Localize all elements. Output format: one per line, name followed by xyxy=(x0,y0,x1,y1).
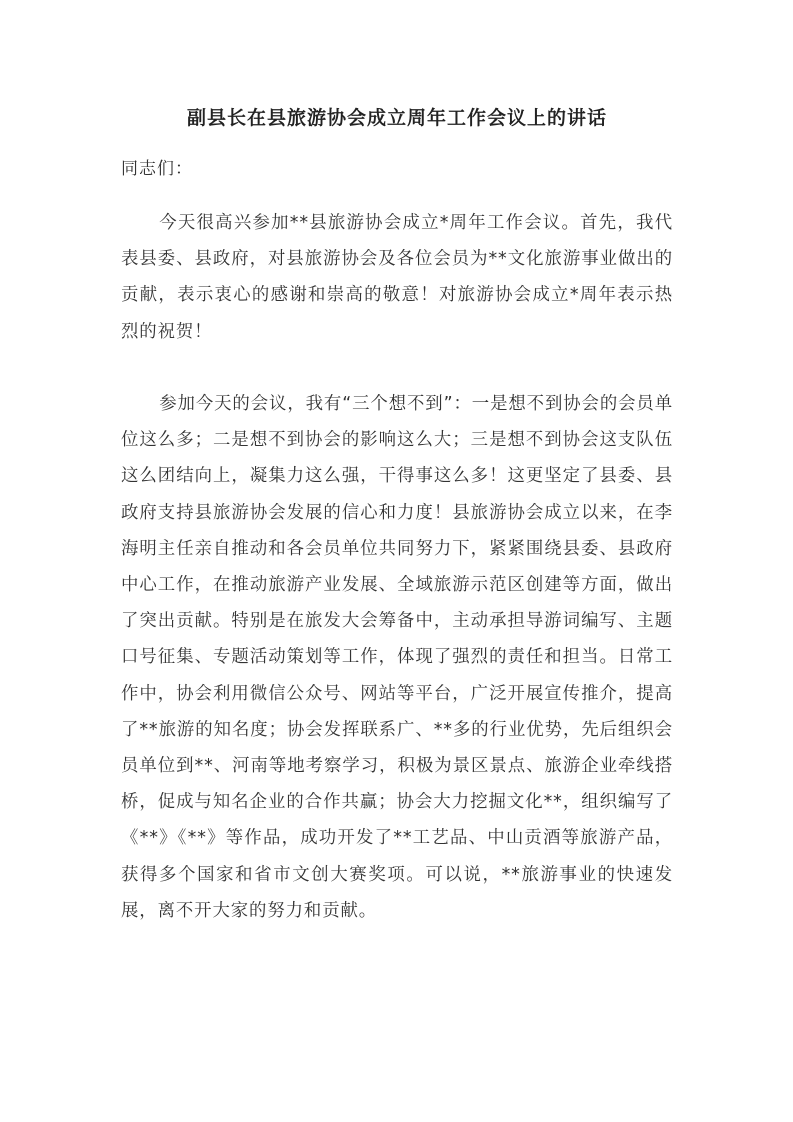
salutation: 同志们： xyxy=(121,155,193,183)
paragraph-opening: 今天很高兴参加**县旅游协会成立*周年工作会议。首先，我代表县委、县政府，对县旅… xyxy=(121,205,673,350)
paragraph-achievements: 参加今天的会议，我有“三个想不到”：一是想不到协会的会员单位这么多；二是想不到协… xyxy=(121,386,673,929)
document-title: 副县长在县旅游协会成立周年工作会议上的讲话 xyxy=(121,104,673,132)
